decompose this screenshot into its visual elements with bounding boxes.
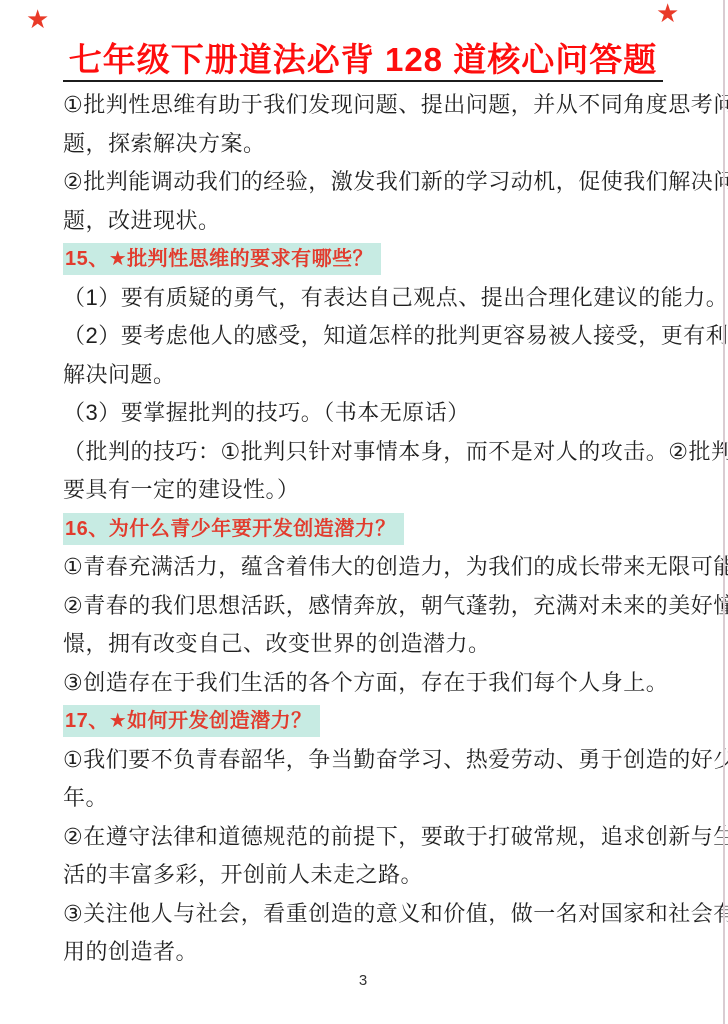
body-line: ②批判能调动我们的经验，激发我们新的学习动机，促使我们解决问: [63, 163, 663, 202]
body-line: 题，改进现状。: [63, 202, 663, 241]
question-heading-text: 17、★如何开发创造潜力？: [63, 705, 320, 737]
page-title: 七年级下册道法必背 128 道核心问答题: [63, 34, 663, 81]
body-line: ③关注他人与社会，看重创造的意义和价值，做一名对国家和社会有: [63, 895, 663, 934]
star-icon: ★: [26, 6, 49, 32]
body-line: 解决问题。: [63, 356, 663, 395]
body-line: ③创造存在于我们生活的各个方面，存在于我们每个人身上。: [63, 664, 663, 703]
star-icon: ★: [656, 0, 679, 26]
body-line: 题，探索解决方案。: [63, 125, 663, 164]
body-line: （3）要掌握批判的技巧。（书本无原话）: [63, 394, 663, 433]
body-line: （批判的技巧：①批判只针对事情本身，而不是对人的攻击。②批判: [63, 433, 663, 472]
body-line: ①我们要不负青春韶华，争当勤奋学习、热爱劳动、勇于创造的好少: [63, 741, 663, 780]
page-edge-line: [723, 0, 725, 1024]
document-body: ①批判性思维有助于我们发现问题、提出问题，并从不同角度思考问 题，探索解决方案。…: [63, 86, 663, 972]
body-line: 活的丰富多彩，开创前人未走之路。: [63, 856, 663, 895]
question-heading: 15、★批判性思维的要求有哪些？: [63, 240, 663, 279]
body-line: ②在遵守法律和道德规范的前提下，要敢于打破常规，追求创新与生: [63, 818, 663, 857]
body-line: 用的创造者。: [63, 933, 663, 972]
body-line: （2）要考虑他人的感受，知道怎样的批判更容易被人接受，更有利于: [63, 317, 663, 356]
question-heading-text: 16、为什么青少年要开发创造潜力？: [63, 513, 404, 545]
body-line: 要具有一定的建设性。）: [63, 471, 663, 510]
question-heading-text: 15、★批判性思维的要求有哪些？: [63, 243, 381, 275]
question-heading: 17、★如何开发创造潜力？: [63, 702, 663, 741]
title-divider: [63, 80, 663, 82]
body-line: ①青春充满活力，蕴含着伟大的创造力，为我们的成长带来无限可能。: [63, 548, 663, 587]
body-line: （1）要有质疑的勇气，有表达自己观点、提出合理化建议的能力。: [63, 279, 663, 318]
question-heading: 16、为什么青少年要开发创造潜力？: [63, 510, 663, 549]
body-line: ②青春的我们思想活跃，感情奔放，朝气蓬勃，充满对未来的美好憧: [63, 587, 663, 626]
body-line: 憬，拥有改变自己、改变世界的创造潜力。: [63, 625, 663, 664]
body-line: ①批判性思维有助于我们发现问题、提出问题，并从不同角度思考问: [63, 86, 663, 125]
body-line: 年。: [63, 779, 663, 818]
page-number: 3: [63, 972, 663, 989]
document-page: ★ ★ 七年级下册道法必背 128 道核心问答题 ①批判性思维有助于我们发现问题…: [0, 0, 728, 1024]
